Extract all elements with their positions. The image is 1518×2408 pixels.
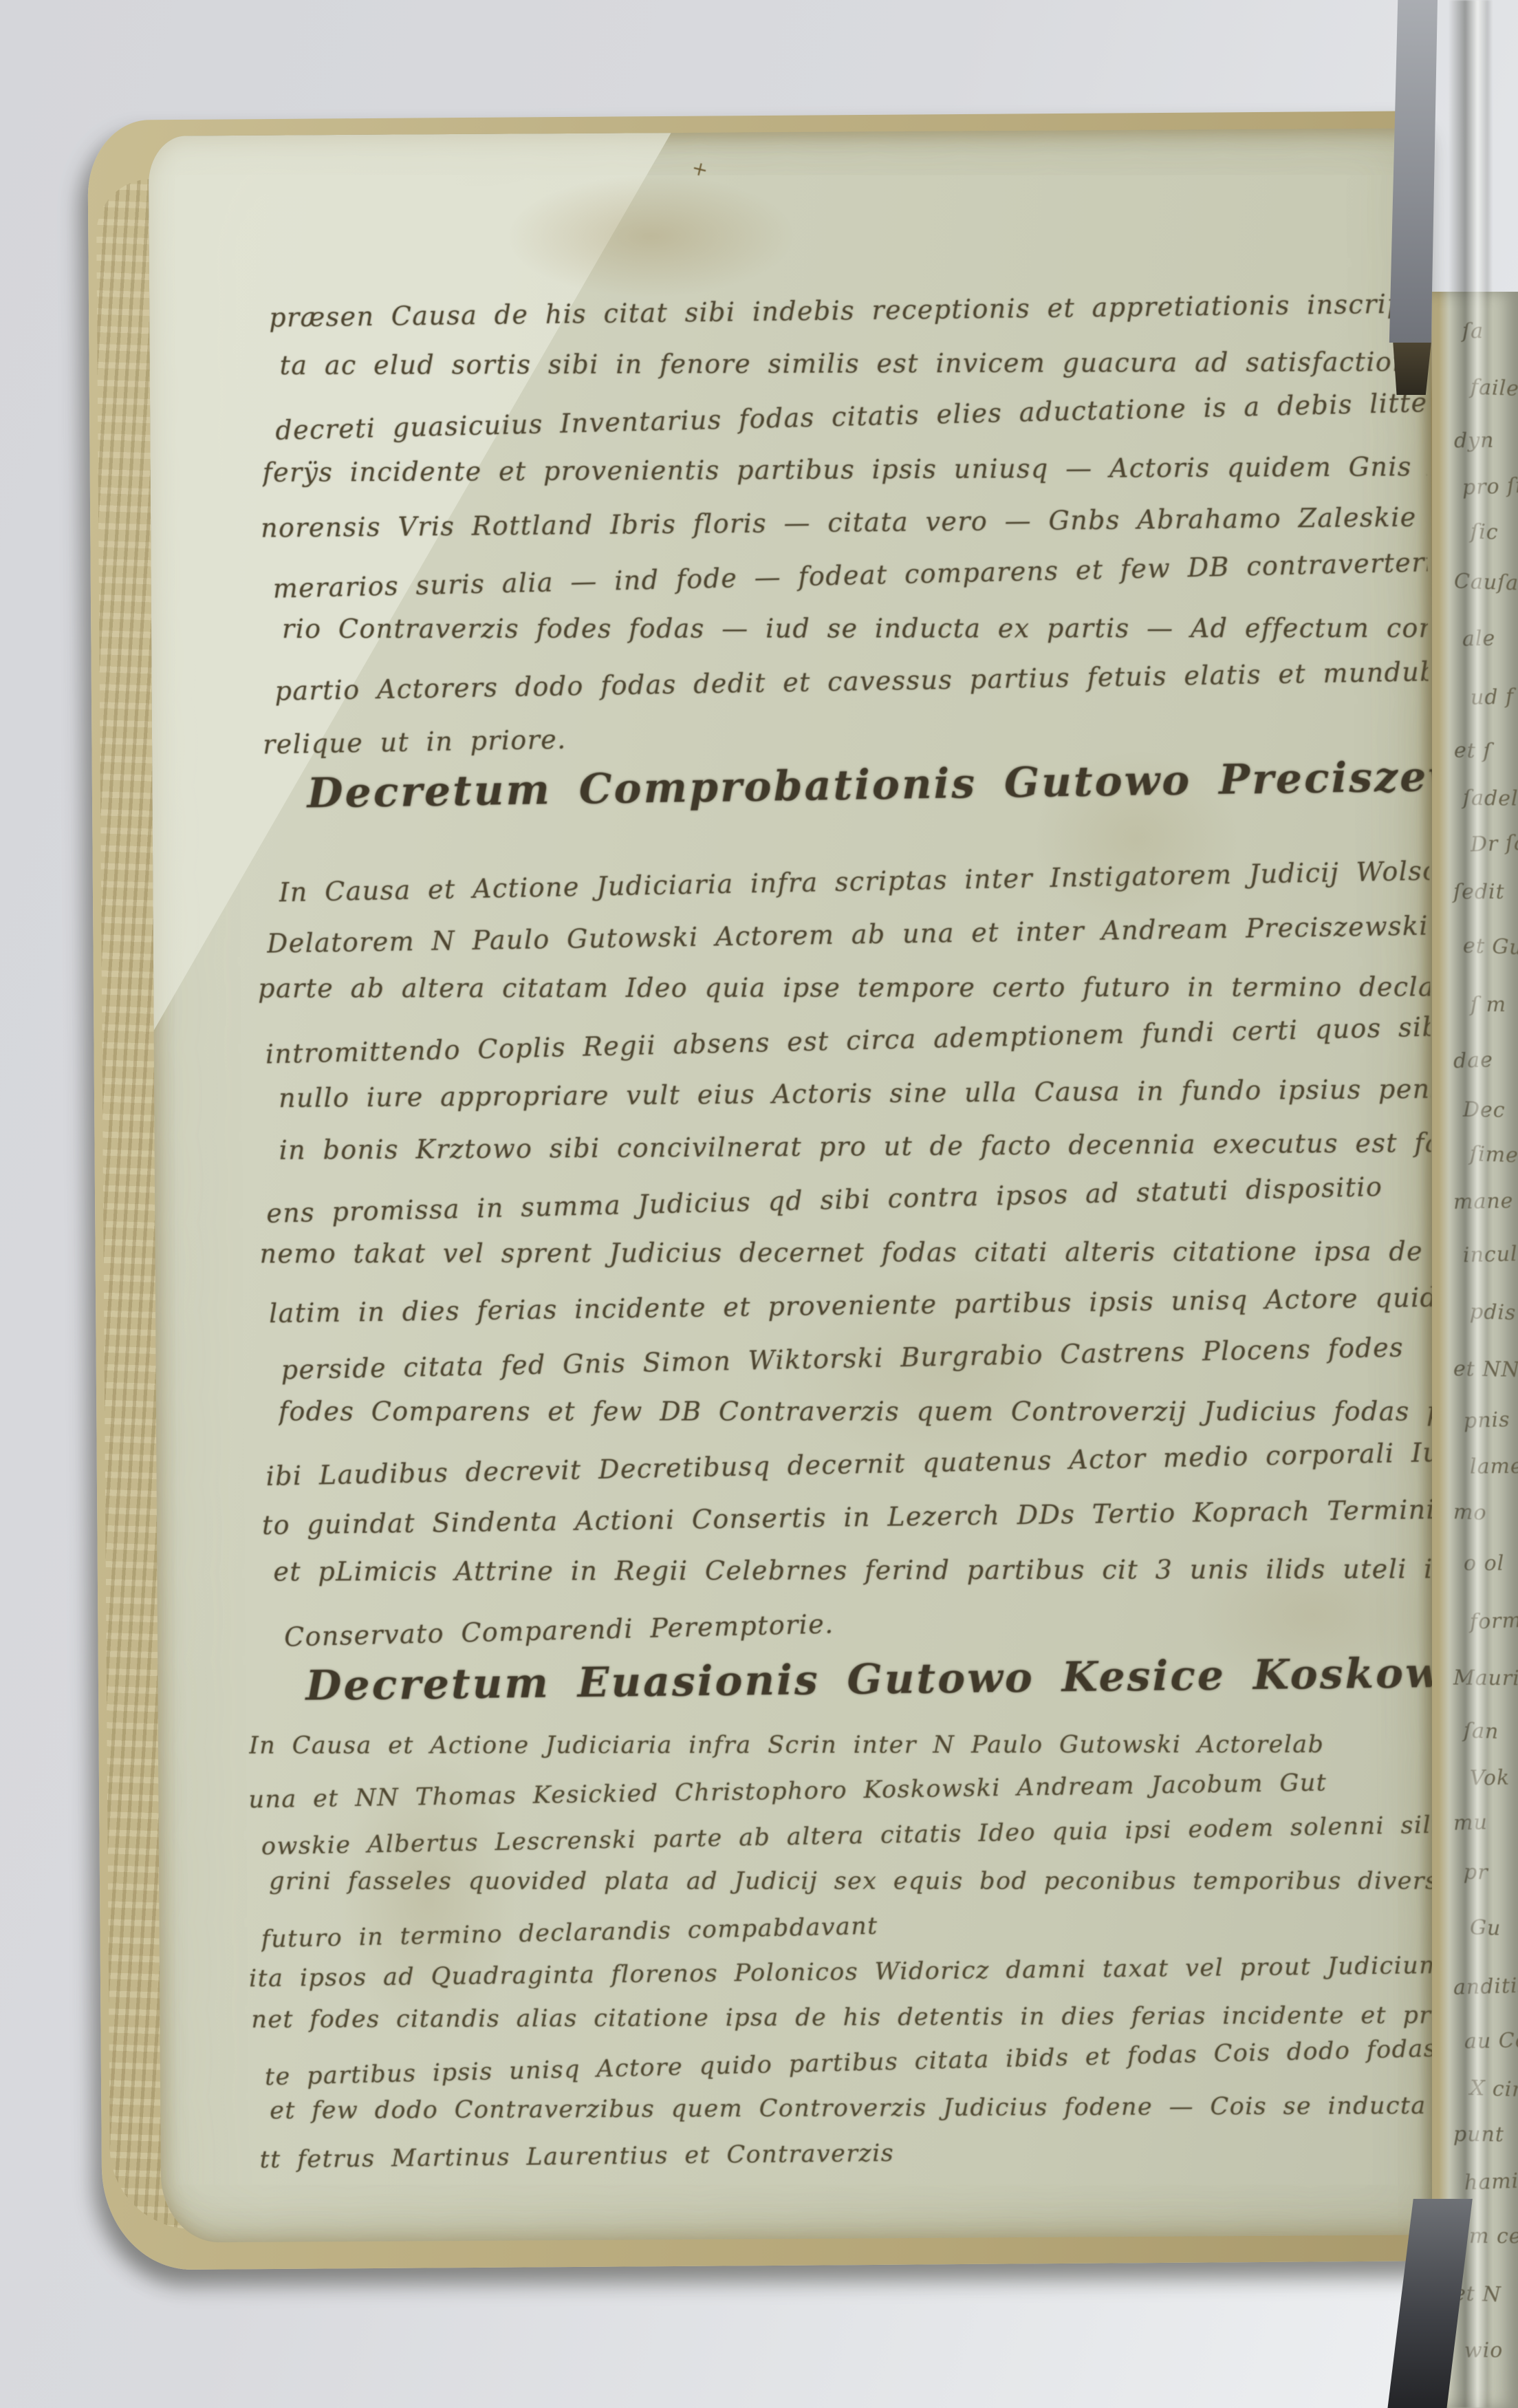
next-page-fragment: au Com bbox=[1464, 2028, 1518, 2054]
archival-photo: + præsen Causa de his citat sibi indebis… bbox=[0, 0, 1518, 2408]
next-page-fragment: Vok bbox=[1470, 1765, 1510, 1790]
next-page-fragment: pnis bbox=[1463, 1408, 1510, 1433]
next-page-fragment: ale bbox=[1462, 627, 1496, 652]
manuscript-line: tt fetrus Martinus Laurentius et Contrav… bbox=[259, 2125, 1437, 2183]
next-page-fragment: ſ m bbox=[1471, 993, 1506, 1017]
next-page-fragment: o ol bbox=[1464, 1551, 1504, 1576]
next-page-fragment: ud f bbox=[1470, 685, 1514, 709]
manuscript-line: ferÿs incidente et provenientis partibus… bbox=[262, 440, 1427, 499]
next-page-fragment: anditis bbox=[1453, 1973, 1518, 1999]
section-heading: Decretum Comprobationis Gutowo Preciszew… bbox=[307, 744, 1429, 826]
manuscript-line: et few dodo Contraverzibus quem Controve… bbox=[270, 2083, 1437, 2133]
manuscript-page: + præsen Causa de his citat sibi indebis… bbox=[149, 128, 1442, 2242]
next-page-fragment: et ſ bbox=[1453, 738, 1491, 764]
next-page-fragment: ſa bbox=[1462, 319, 1484, 343]
next-page-fragment: ſadel bbox=[1462, 786, 1518, 811]
next-page-fragment: hami bbox=[1464, 2169, 1518, 2195]
next-page-fragment: pro ſi bbox=[1462, 474, 1518, 500]
next-page-fragment: et NN bbox=[1453, 1357, 1518, 1382]
heading-line: Decretum Comprobationis Gutowo Preciszew… bbox=[307, 739, 1429, 831]
text-block: In Causa et Actione Judiciaria infra scr… bbox=[257, 852, 1434, 1653]
next-page-fragment: mane bbox=[1453, 1189, 1514, 1214]
manuscript-line: nullo iure appropriare vult eius Actoris… bbox=[279, 1063, 1431, 1125]
section-heading: Decretum Euasionis Gutowo Kesice Koskowo… bbox=[305, 1638, 1435, 1721]
heading-line: Decretum Euasionis Gutowo Kesice Koskowo… bbox=[305, 1635, 1435, 1724]
manuscript-line: rio Contraverzis fodes fodas — iud se in… bbox=[282, 602, 1428, 656]
next-page-strip: ſafaileddynpro ſiſicCauſaaleud fet ſſade… bbox=[1432, 292, 1518, 2408]
next-page-fragment: punt bbox=[1453, 2122, 1504, 2146]
next-page-fragment: ſime bbox=[1470, 1142, 1518, 1168]
next-page-fragment: dae bbox=[1453, 1048, 1494, 1073]
next-page-fragment: pdis bbox=[1470, 1300, 1517, 1326]
next-page-fragment: X cin bbox=[1469, 2076, 1518, 2103]
next-page-fragment: dyn bbox=[1454, 429, 1495, 453]
next-page-fragment: formane bbox=[1469, 1606, 1518, 1634]
next-page-fragment: Gu bbox=[1469, 1915, 1501, 1940]
text-block: præsen Causa de his citat sibi indebis r… bbox=[258, 281, 1429, 764]
next-page-fragment: lamen bbox=[1470, 1454, 1518, 1479]
next-page-fragment: ſan bbox=[1464, 1719, 1499, 1744]
next-page-fragment: m cele bbox=[1469, 2224, 1518, 2248]
next-page-fragment: Mauriane bbox=[1453, 1666, 1518, 1690]
next-page-fragment: pr bbox=[1464, 1860, 1488, 1885]
manuscript-line: præsen Causa de his citat sibi indebis r… bbox=[269, 277, 1427, 345]
next-page-fragment: et Gud bbox=[1462, 934, 1518, 960]
next-page-fragment: ſic bbox=[1471, 520, 1499, 545]
next-page-fragment: mu bbox=[1453, 1811, 1488, 1836]
next-page-fragment: incule bbox=[1463, 1242, 1518, 1267]
next-page-fragment: mo bbox=[1453, 1500, 1487, 1525]
next-page-fragment: Cauſa bbox=[1453, 570, 1518, 596]
next-page-fragment: Dec bbox=[1463, 1097, 1506, 1122]
plus-mark: + bbox=[689, 156, 711, 182]
next-page-fragment: ſedit bbox=[1453, 880, 1505, 904]
next-page-fragment: Dr ſa bbox=[1470, 830, 1518, 857]
text-block: In Causa et Actione Judiciaria infra Scr… bbox=[246, 1719, 1438, 2180]
next-page-fragment: wio bbox=[1464, 2338, 1504, 2363]
manuscript-line: nemo takat vel sprent Judicius decernet … bbox=[260, 1225, 1432, 1281]
next-page-fragment: failed bbox=[1470, 376, 1518, 402]
